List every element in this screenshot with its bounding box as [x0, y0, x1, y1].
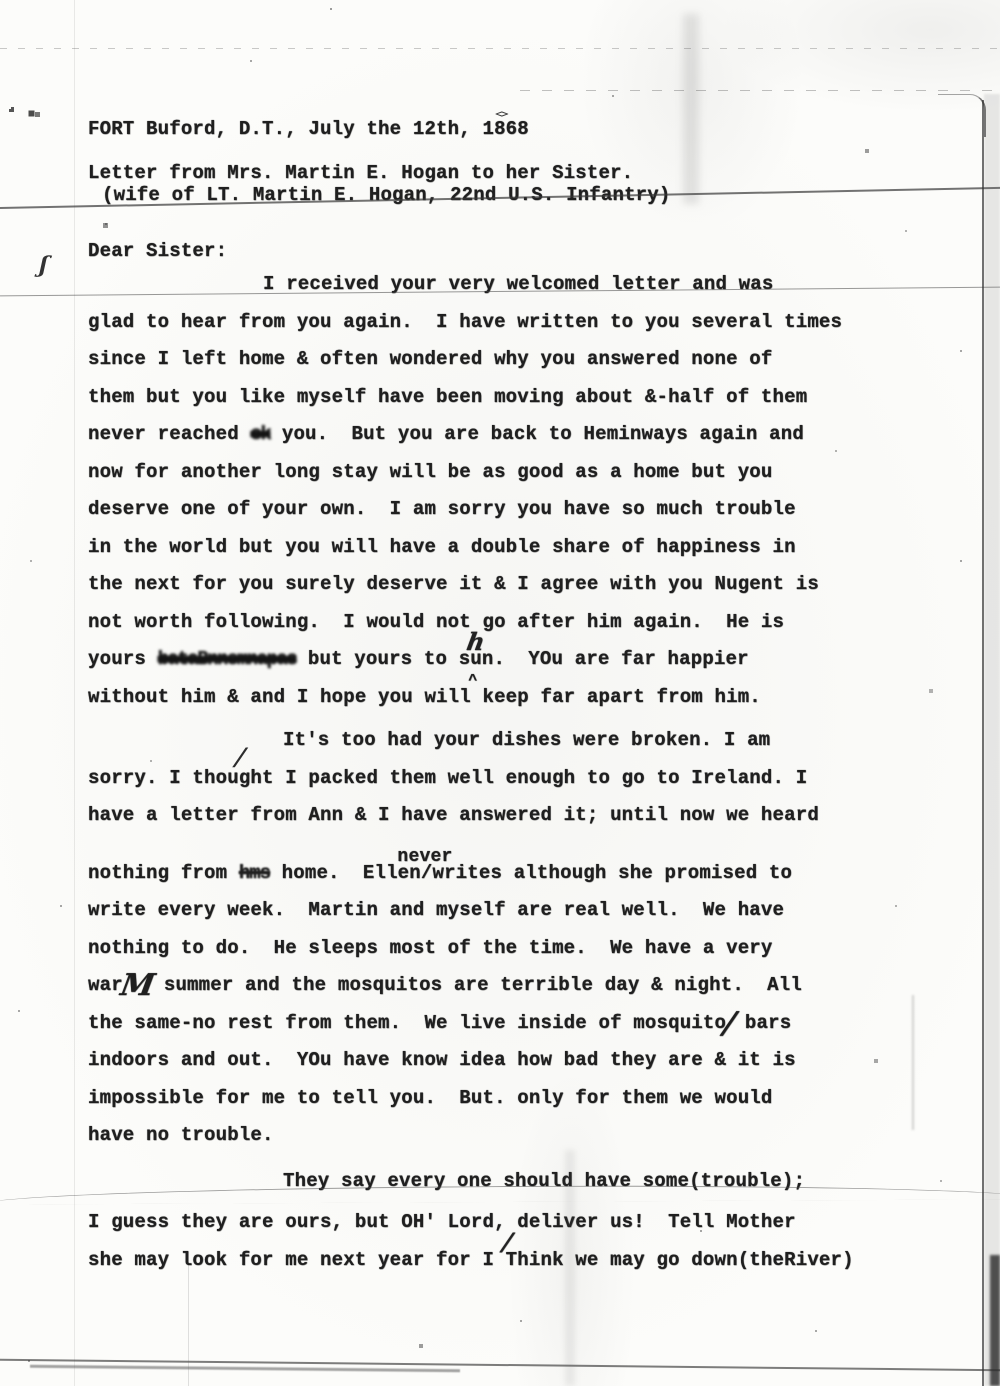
provenance-line-2: (wife of LT. Martin E. Hogan, 22nd U.S. …	[88, 184, 671, 206]
letter-line: I received your very welcomed letter and…	[88, 266, 988, 304]
paragraph: They say every one should have some(trou…	[88, 1163, 988, 1280]
typed-text: them but you like myself have been movin…	[88, 386, 807, 408]
typed-text: It's too had your dishes were broken. I …	[283, 729, 770, 751]
typed-text: but yours to s	[296, 648, 470, 670]
letter-line: not worth following. I would not go afte…	[88, 604, 988, 642]
typed-text: sorry. I thought I packed them well enou…	[88, 767, 807, 789]
overstruck-word: hms	[239, 862, 270, 884]
letter-line: impossible for me to tell you. But. only…	[88, 1080, 988, 1118]
letter-line: I guess they are ours, but OH' Lord, del…	[88, 1204, 988, 1242]
typed-text: in the world but you will have a double …	[88, 536, 796, 558]
letter-line: glad to hear from you again. I have writ…	[88, 304, 988, 342]
paragraph: I received your very welcomed letter and…	[88, 266, 988, 716]
typed-text: without him & and I hope you will keep f…	[88, 686, 761, 708]
letter-line: yours bataBnnsmnapas but yours to sh^un.…	[88, 641, 988, 679]
letter-header: FORT Buford, D.T., July the 12th, 1868 L…	[88, 118, 671, 262]
typed-text: un. YOu are far happier	[470, 648, 748, 670]
typed-text: bars	[733, 1012, 791, 1034]
letter-line: have a letter from Ann & I have answered…	[88, 797, 988, 835]
letter-line: They say every one should have some(trou…	[88, 1163, 988, 1201]
letter-line: deserve one of your own. I am sorry you …	[88, 491, 988, 529]
letter-line: never reached sk you. But you are back t…	[88, 416, 988, 454]
salutation: Dear Sister:	[88, 240, 671, 262]
typed-text: They say every one should have some(trou…	[283, 1170, 805, 1192]
typed-text: have no trouble.	[88, 1124, 274, 1146]
typed-text: not worth following. I would not go afte…	[88, 611, 784, 633]
inserted-word: never	[397, 848, 452, 866]
letter-line: in the world but you will have a double …	[88, 529, 988, 567]
typed-text: nothing from	[88, 862, 239, 884]
letter-line: without him & and I hope you will keep f…	[88, 679, 988, 717]
typed-text: the same-no rest from them. We live insi…	[88, 1012, 726, 1034]
letter-line: warM summer and the mosquitos are terrib…	[88, 967, 988, 1005]
typed-text: summer and the mosquitos are terrible da…	[152, 974, 802, 996]
letter-line: write every week. Martin and myself are …	[88, 892, 988, 930]
letter-line: the next for you surely deserve it & I a…	[88, 566, 988, 604]
date-line: FORT Buford, D.T., July the 12th, 1868	[88, 118, 671, 140]
typed-text: the next for you surely deserve it & I a…	[88, 573, 819, 595]
typed-text: now for another long stay will be as goo…	[88, 461, 773, 483]
letter-line: nothing from hms home. Ellennever/writes…	[88, 855, 988, 893]
letter-line: indoors and out. YOu have know idea how …	[88, 1042, 988, 1080]
provenance-block: Letter from Mrs. Martin E. Hogan to her …	[88, 162, 671, 206]
typed-text: nothing to do. He sleeps most of the tim…	[88, 937, 773, 959]
handwritten-letter: M	[118, 971, 157, 1001]
paragraph: It's too had your dishes were broken. I …	[88, 722, 988, 1155]
provenance-line-1: Letter from Mrs. Martin E. Hogan to her …	[88, 162, 671, 184]
typed-text: have a letter from Ann & I have answered…	[88, 804, 819, 826]
letter-line: she may look for me next year for I ∕Thi…	[88, 1242, 988, 1280]
letter-body: I received your very welcomed letter and…	[88, 266, 988, 1279]
letter-line: It's too had your dishes were broken. I …	[88, 722, 988, 760]
typed-text: she may look for me next year for I	[88, 1249, 506, 1271]
typed-text: Think we may go down(theRiver)	[506, 1249, 854, 1271]
typed-text: write every week. Martin and myself are …	[88, 899, 784, 921]
letter-sheet: FORT Buford, D.T., July the 12th, 1868 L…	[0, 0, 1000, 1386]
letter-line: sorry. I thought I packed them well enou…	[88, 760, 988, 798]
typed-text: deserve one of your own. I am sorry you …	[88, 498, 796, 520]
typed-text: /writes although she promised to	[421, 862, 792, 884]
typed-text: glad to hear from you again. I have writ…	[88, 311, 842, 333]
typed-text: you. But you are back to Heminways again…	[270, 423, 804, 445]
letter-line: the same-no rest from them. We live insi…	[88, 1005, 988, 1043]
typed-text: since I left home & often wondered why y…	[88, 348, 773, 370]
letter-line: since I left home & often wondered why y…	[88, 341, 988, 379]
redaction-strikeout: bataBnnsmnapas	[158, 648, 297, 670]
typed-text: never reached	[88, 423, 250, 445]
caret-mark: ^	[468, 673, 477, 688]
typed-text: war	[88, 974, 123, 996]
letter-line: nothing to do. He sleeps most of the tim…	[88, 930, 988, 968]
typed-text: I guess they are ours, but OH' Lord, del…	[88, 1211, 796, 1233]
typed-text: indoors and out. YOu have know idea how …	[88, 1049, 796, 1071]
typed-text: impossible for me to tell you. But. only…	[88, 1087, 773, 1109]
letter-line: now for another long stay will be as goo…	[88, 454, 988, 492]
typed-text: yours	[88, 648, 158, 670]
letter-line: them but you like myself have been movin…	[88, 379, 988, 417]
typed-text: I received your very welcomed letter and…	[263, 273, 773, 295]
redaction-strikeout: sk	[250, 423, 270, 445]
letter-line: have no trouble.	[88, 1117, 988, 1155]
